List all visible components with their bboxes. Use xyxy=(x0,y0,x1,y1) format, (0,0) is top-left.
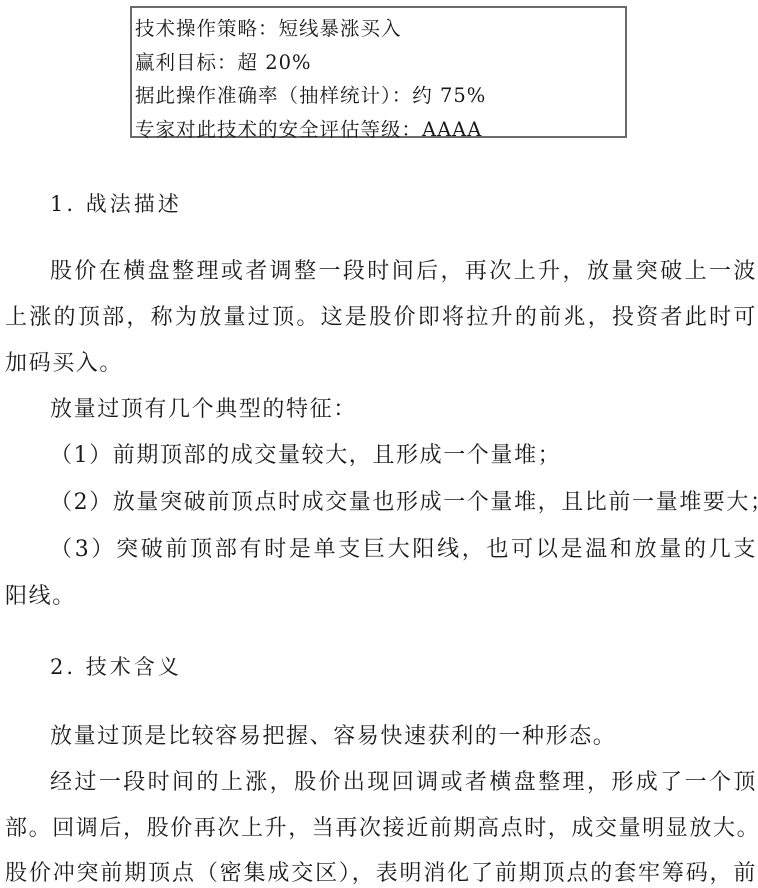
paragraph-line: 阳线。 xyxy=(5,584,757,610)
strategy-summary-box: 技术操作策略：短线暴涨买入 赢利目标：超 20% 据此操作准确率（抽样统计）：约… xyxy=(130,6,627,138)
section-heading-2: 2. 技术含义 xyxy=(50,651,182,681)
accuracy-line: 据此操作准确率（抽样统计）：约 75% xyxy=(135,79,625,113)
list-item-1: （1）前期顶部的成交量较大，且形成一个量堆； xyxy=(50,443,757,469)
paragraph-line: 放量过顶是比较容易把握、容易快速获利的一种形态。 xyxy=(50,724,757,750)
paragraph-line: 股价冲突前期顶点（密集成交区），表明消化了前期顶点的套牢筹码，前 xyxy=(5,861,757,887)
profit-target-line: 赢利目标：超 20% xyxy=(135,46,625,80)
list-item-3: （3）突破前顶部有时是单支巨大阳线，也可以是温和放量的几支 xyxy=(50,537,757,563)
section-heading-1: 1. 战法描述 xyxy=(50,188,182,218)
paragraph-line: 上涨的顶部，称为放量过顶。这是股价即将拉升的前兆，投资者此时可 xyxy=(5,305,757,331)
safety-rating-line: 专家对此技术的安全评估等级：AAAA xyxy=(135,113,625,147)
paragraph-line: 股价在横盘整理或者调整一段时间后，再次上升，放量突破上一波 xyxy=(50,259,757,285)
paragraph-line: 经过一段时间的上涨，股价出现回调或者横盘整理，形成了一个顶 xyxy=(50,770,757,796)
strategy-line: 技术操作策略：短线暴涨买入 xyxy=(135,12,625,46)
list-item-2: （2）放量突破前顶点时成交量也形成一个量堆，且比前一量堆要大； xyxy=(50,490,757,516)
paragraph-line: 部。回调后，股价再次上升，当再次接近前期高点时，成交量明显放大。 xyxy=(5,816,757,842)
paragraph-line: 加码买入。 xyxy=(5,351,757,377)
paragraph-line: 放量过顶有几个典型的特征： xyxy=(50,397,757,423)
